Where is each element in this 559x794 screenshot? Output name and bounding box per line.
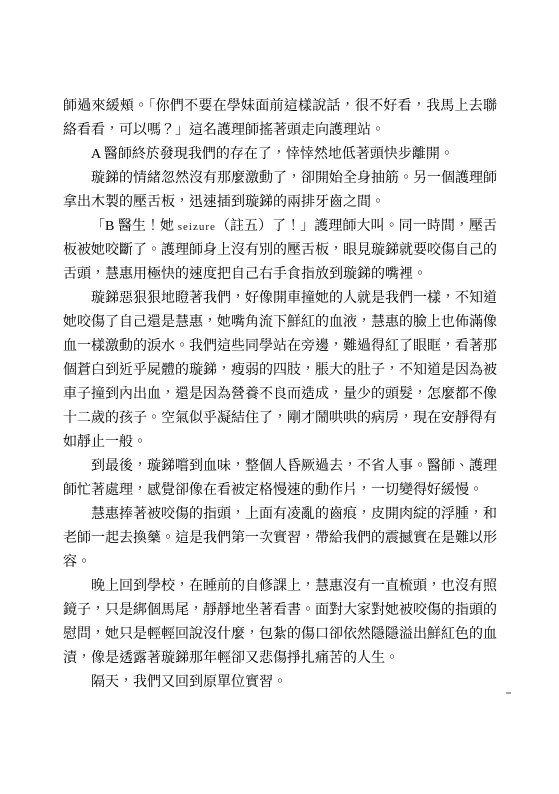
- text-run: 隔天，我們又回到原單位實習。: [91, 675, 287, 690]
- story-text-block: 師過來緩頰。「你們不要在學妹面前這樣說話，很不好看，我馬上去聯絡看看，可以嗎？」…: [63, 95, 497, 695]
- text-run: 如靜止一般。: [63, 435, 147, 450]
- text-line: 師忙著處理，感覺卻像在看被定格慢速的動作片，一切變得好緩慢。: [63, 479, 497, 503]
- text-run: 車子撞到內出血，還是因為營養不良而造成，量少的頭髮，怎麼都不像: [63, 387, 497, 402]
- text-line: 板被她咬斷了。護理師身上沒有別的壓舌板，眼見璇銻就要咬傷自己的: [63, 239, 497, 263]
- text-run: 慰問，她只是輕輕回說沒什麼，包紮的傷口卻依然隱隱溢出鮮紅色的血: [63, 627, 497, 642]
- text-line: 璇銻的情緒忽然沒有那麼激動了，卻開始全身抽筋。另一個護理師: [63, 167, 497, 191]
- text-run: 板被她咬斷了。護理師身上沒有別的壓舌板，眼見璇銻就要咬傷自己的: [63, 243, 497, 258]
- text-line: 慧惠捧著被咬傷的指頭，上面有凌亂的齒痕，皮開肉綻的浮腫，和: [63, 503, 497, 527]
- text-line: 到最後，璇銻嚐到血味，整個人昏厥過去，不省人事。醫師、護理: [63, 455, 497, 479]
- text-run: 漬，像是透露著璇銻那年輕卻又悲傷掙扎痛苦的人生。: [63, 651, 399, 666]
- text-line: 容。: [63, 551, 497, 575]
- text-run: 到最後，璇銻嚐到血味，整個人昏厥過去，不省人事。醫師、護理: [91, 459, 497, 474]
- text-run: 容。: [63, 555, 91, 570]
- stray-mark: [506, 692, 511, 694]
- text-line: 鏡子，只是綁個馬尾，靜靜地坐著看書。面對大家對她被咬傷的指頭的: [63, 599, 497, 623]
- text-line: 她咬傷了自己還是慧惠，她嘴角流下鮮紅的血液，慧惠的臉上也佈滿像: [63, 311, 497, 335]
- text-run: 她咬傷了自己還是慧惠，她嘴角流下鮮紅的血液，慧惠的臉上也佈滿像: [63, 315, 497, 330]
- document-page: 師過來緩頰。「你們不要在學妹面前這樣說話，很不好看，我馬上去聯絡看看，可以嗎？」…: [0, 0, 559, 794]
- text-line: 「B 醫生！她 seizure（註五）了！」護理師大叫。同一時間，壓舌: [63, 215, 497, 239]
- text-run: 拿出木製的壓舌板，迅速插到璇銻的兩排牙齒之間。: [63, 195, 385, 210]
- text-line: 十二歲的孩子。空氣似乎凝結住了，剛才鬧哄哄的病房，現在安靜得有: [63, 407, 497, 431]
- text-run: （註五）了！」護理師大叫。同一時間，壓舌: [216, 219, 497, 234]
- text-run: 師忙著處理，感覺卻像在看被定格慢速的動作片，一切變得好緩慢。: [63, 483, 483, 498]
- text-line: 血一樣激動的淚水。我們這些同學站在旁邊，難過得紅了眼眶，看著那: [63, 335, 497, 359]
- text-line: 老師一起去換藥。這是我們第一次實習，帶給我們的震撼實在是難以形: [63, 527, 497, 551]
- text-run: 十二歲的孩子。空氣似乎凝結住了，剛才鬧哄哄的病房，現在安靜得有: [63, 411, 497, 426]
- text-line: 舌頭，慧惠用極快的速度把自己右手食指放到璇銻的嘴裡。: [63, 263, 497, 287]
- text-line: 絡看看，可以嗎？」這名護理師搖著頭走向護理站。: [63, 119, 497, 143]
- text-line: 晚上回到學校，在睡前的自修課上，慧惠沒有一直梳頭，也沒有照: [63, 575, 497, 599]
- text-line: 師過來緩頰。「你們不要在學妹面前這樣說話，很不好看，我馬上去聯: [63, 95, 497, 119]
- text-run: 璇銻的情緒忽然沒有那麼激動了，卻開始全身抽筋。另一個護理師: [91, 171, 497, 186]
- text-line: 個蒼白到近乎屍體的璇銻，瘦弱的四肢，脹大的肚子，不知道是因為被: [63, 359, 497, 383]
- text-run: A 醫師終於發現我們的存在了，悻悻然地低著頭快步離開。: [91, 147, 454, 162]
- text-run: 璇銻惡狠狠地瞪著我們，好像開車撞她的人就是我們一樣，不知道: [91, 291, 497, 306]
- text-line: 漬，像是透露著璇銻那年輕卻又悲傷掙扎痛苦的人生。: [63, 647, 497, 671]
- text-run: 慧惠捧著被咬傷的指頭，上面有凌亂的齒痕，皮開肉綻的浮腫，和: [91, 507, 497, 522]
- text-run: 晚上回到學校，在睡前的自修課上，慧惠沒有一直梳頭，也沒有照: [91, 579, 497, 594]
- text-line: 璇銻惡狠狠地瞪著我們，好像開車撞她的人就是我們一樣，不知道: [63, 287, 497, 311]
- text-run: 師過來緩頰。「你們不要在學妹面前這樣說話，很不好看，我馬上去聯: [63, 99, 497, 114]
- text-line: A 醫師終於發現我們的存在了，悻悻然地低著頭快步離開。: [63, 143, 497, 167]
- text-run: 「B 醫生！她: [91, 219, 178, 234]
- text-run: 鏡子，只是綁個馬尾，靜靜地坐著看書。面對大家對她被咬傷的指頭的: [63, 603, 497, 618]
- english-term-seizure: seizure: [178, 221, 216, 233]
- text-line: 隔天，我們又回到原單位實習。: [63, 671, 497, 695]
- text-run: 老師一起去換藥。這是我們第一次實習，帶給我們的震撼實在是難以形: [63, 531, 497, 546]
- text-line: 慰問，她只是輕輕回說沒什麼，包紮的傷口卻依然隱隱溢出鮮紅色的血: [63, 623, 497, 647]
- text-line: 拿出木製的壓舌板，迅速插到璇銻的兩排牙齒之間。: [63, 191, 497, 215]
- text-run: 血一樣激動的淚水。我們這些同學站在旁邊，難過得紅了眼眶，看著那: [63, 339, 497, 354]
- text-line: 如靜止一般。: [63, 431, 497, 455]
- text-line: 車子撞到內出血，還是因為營養不良而造成，量少的頭髮，怎麼都不像: [63, 383, 497, 407]
- text-run: 舌頭，慧惠用極快的速度把自己右手食指放到璇銻的嘴裡。: [63, 267, 427, 282]
- text-run: 絡看看，可以嗎？」這名護理師搖著頭走向護理站。: [63, 123, 385, 138]
- text-run: 個蒼白到近乎屍體的璇銻，瘦弱的四肢，脹大的肚子，不知道是因為被: [63, 363, 497, 378]
